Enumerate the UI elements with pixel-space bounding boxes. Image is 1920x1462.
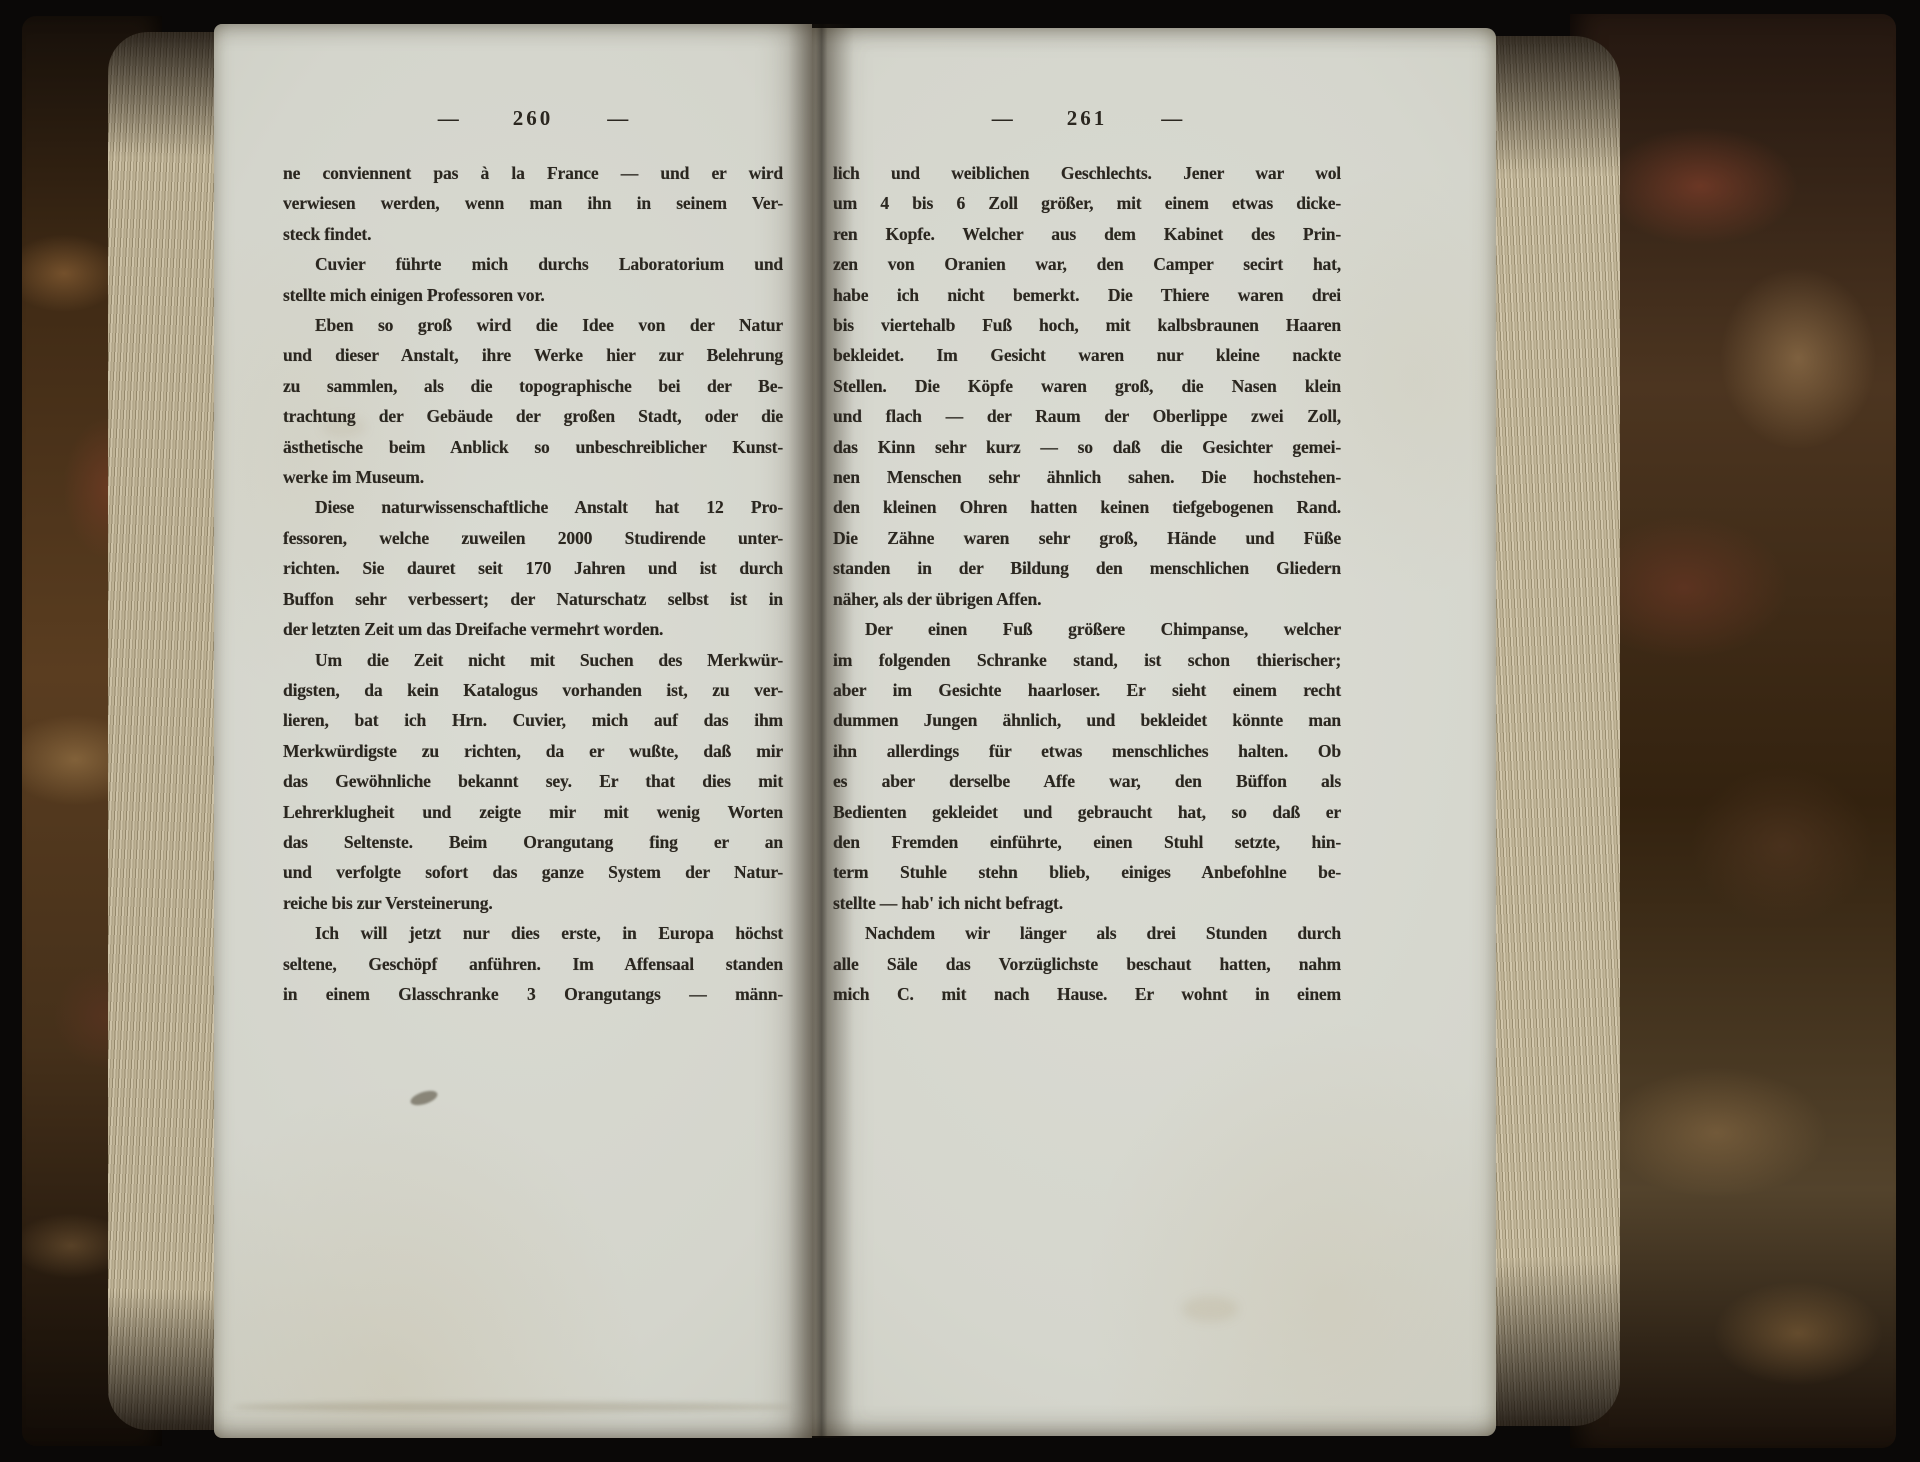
text-line: reiche bis zur Versteinerung. <box>283 888 783 918</box>
text-line: den Fremden einführte, einen Stuhl setzt… <box>833 827 1341 857</box>
text-line: richten. Sie dauret seit 170 Jahren und … <box>283 553 783 583</box>
text-line: Eben so groß wird die Idee von der Natur <box>283 310 783 340</box>
text-line: mich C. mit nach Hause. Er wohnt in eine… <box>833 979 1341 1009</box>
page-header-left: — 260 — <box>283 102 783 134</box>
text-line: zen von Oranien war, den Camper secirt h… <box>833 249 1341 279</box>
text-line: bekleidet. Im Gesicht waren nur kleine n… <box>833 340 1341 370</box>
text-line: ne conviennent pas à la France — und er … <box>283 158 783 188</box>
text-line: Cuvier führte mich durchs Laboratorium u… <box>283 249 783 279</box>
text-line: seltene, Geschöpf anführen. Im Affensaal… <box>283 949 783 979</box>
text-line: Nachdem wir länger als drei Stunden durc… <box>833 918 1341 948</box>
text-line: Der einen Fuß größere Chimpanse, welcher <box>833 614 1341 644</box>
text-line: Stellen. Die Köpfe waren groß, die Nasen… <box>833 371 1341 401</box>
text-line: verwiesen werden, wenn man ihn in seinem… <box>283 188 783 218</box>
text-line: steck findet. <box>283 219 783 249</box>
page-number: 260 <box>513 106 554 131</box>
text-line: dummen Jungen ähnlich, und bekleidet kön… <box>833 705 1341 735</box>
text-line: näher, als der übrigen Affen. <box>833 584 1341 614</box>
header-dash: — <box>438 106 459 131</box>
text-line: um 4 bis 6 Zoll größer, mit einem etwas … <box>833 188 1341 218</box>
text-line: lich und weiblichen Geschlechts. Jener w… <box>833 158 1341 188</box>
text-line: trachtung der Gebäude der großen Stadt, … <box>283 401 783 431</box>
text-line: Diese naturwissenschaftliche Anstalt hat… <box>283 492 783 522</box>
text-line: Bedienten gekleidet und gebraucht hat, s… <box>833 797 1341 827</box>
header-dash: — <box>1161 106 1182 131</box>
text-line: und flach — der Raum der Oberlippe zwei … <box>833 401 1341 431</box>
page-block-edges-right <box>1480 36 1620 1426</box>
text-line: im folgenden Schranke stand, ist schon t… <box>833 645 1341 675</box>
text-line: term Stuhle stehn blieb, einiges Anbefoh… <box>833 857 1341 887</box>
text-line: der letzten Zeit um das Dreifache vermeh… <box>283 614 783 644</box>
text-line: und dieser Anstalt, ihre Werke hier zur … <box>283 340 783 370</box>
text-line: das Kinn sehr kurz — so daß die Gesichte… <box>833 432 1341 462</box>
page-header-right: — 261 — <box>833 102 1341 134</box>
text-line: Lehrerklugheit und zeigte mir mit wenig … <box>283 797 783 827</box>
text-line: ren Kopfe. Welcher aus dem Kabinet des P… <box>833 219 1341 249</box>
text-line: digsten, da kein Katalogus vorhanden ist… <box>283 675 783 705</box>
book-photograph: { "photo": { "background_color": "#0a080… <box>0 0 1920 1462</box>
text-line: den kleinen Ohren hatten keinen tiefgebo… <box>833 492 1341 522</box>
open-book: — 260 — — 261 — ne conviennent pas à la … <box>22 6 1896 1456</box>
text-line: habe ich nicht bemerkt. Die Thiere waren… <box>833 280 1341 310</box>
text-line: alle Säle das Vorzüglichste beschaut hat… <box>833 949 1341 979</box>
text-line: ihn allerdings für etwas menschliches ha… <box>833 736 1341 766</box>
text-line: werke im Museum. <box>283 462 783 492</box>
text-line: Buffon sehr verbessert; der Naturschatz … <box>283 584 783 614</box>
text-line: Die Zähne waren sehr groß, Hände und Füß… <box>833 523 1341 553</box>
text-line: Merkwürdigste zu richten, da er wußte, d… <box>283 736 783 766</box>
text-line: Um die Zeit nicht mit Suchen des Merkwür… <box>283 645 783 675</box>
text-line: das Gewöhnliche bekannt sey. Er that die… <box>283 766 783 796</box>
text-line: bis viertehalb Fuß hoch, mit kalbsbraune… <box>833 310 1341 340</box>
text-line: stellte — hab' ich nicht befragt. <box>833 888 1341 918</box>
text-line: fessoren, welche zuweilen 2000 Studirend… <box>283 523 783 553</box>
text-line: stellte mich einigen Professoren vor. <box>283 280 783 310</box>
text-line: das Seltenste. Beim Orangutang fing er a… <box>283 827 783 857</box>
page-number: 261 <box>1067 106 1108 131</box>
text-line: lieren, bat ich Hrn. Cuvier, mich auf da… <box>283 705 783 735</box>
text-line: es aber derselbe Affe war, den Büffon al… <box>833 766 1341 796</box>
text-column-right: lich und weiblichen Geschlechts. Jener w… <box>833 158 1341 1009</box>
header-dash: — <box>992 106 1013 131</box>
text-line: standen in der Bildung den menschlichen … <box>833 553 1341 583</box>
text-column-left: ne conviennent pas à la France — und er … <box>283 158 783 1009</box>
text-line: ästhetische beim Anblick so unbeschreibl… <box>283 432 783 462</box>
text-line: zu sammlen, als die topographische bei d… <box>283 371 783 401</box>
text-line: in einem Glasschranke 3 Orangutangs — mä… <box>283 979 783 1009</box>
header-dash: — <box>607 106 628 131</box>
text-line: Ich will jetzt nur dies erste, in Europa… <box>283 918 783 948</box>
text-line: und verfolgte sofort das ganze System de… <box>283 857 783 887</box>
text-line: aber im Gesichte haarloser. Er sieht ein… <box>833 675 1341 705</box>
text-line: nen Menschen sehr ähnlich sahen. Die hoc… <box>833 462 1341 492</box>
